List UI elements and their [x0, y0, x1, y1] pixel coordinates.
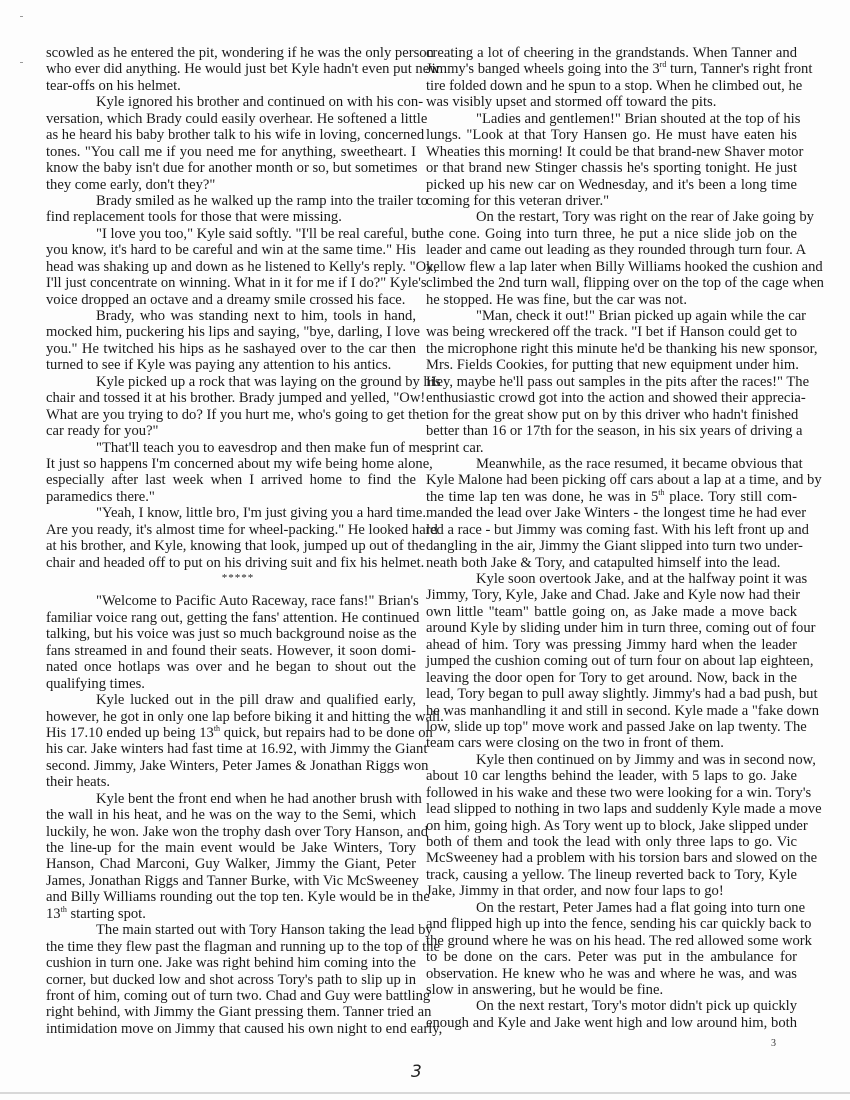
text-line: Jimmy, Tory, Kyle, Jake and Chad. Jake a…: [426, 587, 797, 603]
scan-edge-line: [0, 1092, 850, 1094]
text-line: lead, Tory began to pull away slightly. …: [426, 686, 797, 702]
paragraph: creating a lot of cheering in the grands…: [426, 45, 797, 111]
text-line: who ever did anything. He would just bet…: [46, 61, 416, 77]
text-line: turned to see if Kyle was paying any att…: [46, 357, 416, 373]
paragraph: Kyle ignored his brother and continued o…: [46, 94, 416, 193]
text-line: Kyle then continued on by Jimmy and was …: [426, 752, 797, 768]
text-line: Wheaties this morning! It could be that …: [426, 144, 797, 160]
paragraph: "Ladies and gentlemen!" Brian shouted at…: [426, 111, 797, 210]
paragraph: On the next restart, Tory's motor didn't…: [426, 998, 797, 1031]
text-line: on him, going high. As Tory went up to b…: [426, 818, 797, 834]
text-line: better than 16 or 17th for the season, i…: [426, 423, 797, 439]
text-line: slow in answering, but he would be fine.: [426, 982, 797, 998]
corner-page-mark: 3: [771, 1038, 776, 1049]
paragraph: "Yeah, I know, little bro, I'm just givi…: [46, 505, 416, 571]
text-line: chair and headed off to put on his drivi…: [46, 555, 416, 571]
text-line: Kyle picked up a rock that was laying on…: [46, 374, 416, 390]
text-line: tire folded down and he spun to a stop. …: [426, 78, 797, 94]
text-line: nated once hotlaps was over and he began…: [46, 659, 416, 675]
text-line: Are you ready, it's almost time for whee…: [46, 522, 416, 538]
text-line: yellow flew a lap later when Billy Willi…: [426, 259, 797, 275]
text-line: Jake, Jimmy in that order, and now four …: [426, 883, 797, 899]
text-line: Hanson, Chad Marconi, Guy Walker, Jimmy …: [46, 856, 416, 872]
text-line: however, he got in only one lap before b…: [46, 709, 416, 725]
text-line: Mrs. Fields Cookies, for putting that ne…: [426, 357, 797, 373]
text-line: Kyle bent the front end when he had anot…: [46, 791, 416, 807]
document-page: scowled as he entered the pit, wondering…: [0, 0, 850, 1100]
text-line: "Man, check it out!" Brian picked up aga…: [426, 308, 797, 324]
text-line: leaving the door open for Tory to get ar…: [426, 670, 797, 686]
paragraph: Brady smiled as he walked up the ramp in…: [46, 193, 416, 226]
text-line: find replacement tools for those that we…: [46, 209, 416, 225]
text-line: Meanwhile, as the race resumed, it becam…: [426, 456, 797, 472]
text-line: the cone. Going into turn three, he put …: [426, 226, 797, 242]
text-line: lungs. "Look at that Tory Hansen go. He …: [426, 127, 797, 143]
text-line: led a race - but Jimmy was coming fast. …: [426, 522, 797, 538]
text-line: coming for this veteran driver.": [426, 193, 797, 209]
text-line: fans streamed in and found their seats. …: [46, 643, 416, 659]
page-number: 3: [411, 1062, 422, 1082]
text-line: head was shaking up and down as he liste…: [46, 259, 416, 275]
text-line: "Ladies and gentlemen!" Brian shouted at…: [426, 111, 797, 127]
text-line: especially after last week when I arrive…: [46, 472, 416, 488]
scan-speck: [20, 62, 23, 63]
scan-speck: [20, 16, 23, 17]
paragraph: "That'll teach you to eavesdrop and then…: [46, 440, 416, 506]
text-line: luckily, he won. Jake won the trophy das…: [46, 824, 416, 840]
text-line: "Yeah, I know, little bro, I'm just givi…: [46, 505, 416, 521]
paragraph: "Man, check it out!" Brian picked up aga…: [426, 308, 797, 456]
text-line: The main started out with Tory Hanson ta…: [46, 922, 416, 938]
text-line: to be done on the cars. Peter was put in…: [426, 949, 797, 965]
text-line: ahead of him. Tory was pressing Jimmy ha…: [426, 637, 797, 653]
text-line: voice dropped an octave and a dreamy smi…: [46, 292, 416, 308]
text-line: corner, but ducked low and shot across T…: [46, 972, 416, 988]
text-line: leader and came out leading as they roun…: [426, 242, 797, 258]
text-line: second. Jimmy, Jake Winters, Peter James…: [46, 758, 416, 774]
text-line: On the restart, Tory was right on the re…: [426, 209, 797, 225]
text-line: their heats.: [46, 774, 416, 790]
text-line: What are you trying to do? If you hurt m…: [46, 407, 416, 423]
text-line: intimidation move on Jimmy that caused h…: [46, 1021, 416, 1037]
text-line: right behind, with Jimmy the Giant press…: [46, 1004, 416, 1020]
text-line: the time they flew past the flagman and …: [46, 939, 416, 955]
text-line: neath both Jake & Tory, and catapulted h…: [426, 555, 797, 571]
text-line: he was manhandling it and still in secon…: [426, 703, 797, 719]
text-line: enough and Kyle and Jake went high and l…: [426, 1015, 797, 1031]
paragraph: "I love you too," Kyle said softly. "I'l…: [46, 226, 416, 308]
paragraph: Kyle picked up a rock that was laying on…: [46, 374, 416, 440]
paragraph: On the restart, Tory was right on the re…: [426, 209, 797, 308]
text-line: climbed the 2nd turn wall, flipping over…: [426, 275, 797, 291]
text-line: observation. He knew who he was and wher…: [426, 966, 797, 982]
paragraph: Kyle then continued on by Jimmy and was …: [426, 752, 797, 900]
text-line: the microphone right this minute he'd be…: [426, 341, 797, 357]
text-line: team cars were closing on the two in fro…: [426, 735, 797, 751]
text-line: they come early, don't they?": [46, 177, 416, 193]
text-line: familiar voice rang out, getting the fan…: [46, 610, 416, 626]
paragraph: "Welcome to Pacific Auto Raceway, race f…: [46, 593, 416, 692]
paragraph: scowled as he entered the pit, wondering…: [46, 45, 416, 94]
text-line: lead slipped to nothing in two laps and …: [426, 801, 797, 817]
text-line: cushion in turn one. Jake was right behi…: [46, 955, 416, 971]
paragraph: Brady, who was standing next to him, too…: [46, 308, 416, 374]
text-line: was being wreckered off the track. "I be…: [426, 324, 797, 340]
text-line: the line-up for the main event would be …: [46, 840, 416, 856]
text-line: It just so happens I'm concerned about m…: [46, 456, 416, 472]
text-line: sprint car.: [426, 440, 797, 456]
text-line: know the baby isn't due for another mont…: [46, 160, 416, 176]
paragraph: Meanwhile, as the race resumed, it becam…: [426, 456, 797, 571]
text-line: tones. "You call me if you need me for a…: [46, 144, 416, 160]
text-line: the time lap ten was done, he was in 5th…: [426, 489, 797, 505]
text-line: scowled as he entered the pit, wondering…: [46, 45, 416, 61]
text-line: track, causing a yellow. The lineup reve…: [426, 867, 797, 883]
text-line: 13th starting spot.: [46, 906, 416, 922]
text-line: "Welcome to Pacific Auto Raceway, race f…: [46, 593, 416, 609]
text-line: you know, it's hard to be careful and wi…: [46, 242, 416, 258]
text-line: the wall in his heat, and he was on the …: [46, 807, 416, 823]
text-line: enthusiastic crowd got into the action a…: [426, 390, 797, 406]
text-line: the ground where he was on his head. The…: [426, 933, 797, 949]
right-text-column: creating a lot of cheering in the grands…: [426, 45, 797, 1031]
paragraph: Kyle soon overtook Jake, and at the half…: [426, 571, 797, 752]
text-line: jumped the cushion coming out of turn fo…: [426, 653, 797, 669]
text-line: tion for the great show put on by this d…: [426, 407, 797, 423]
text-line: Jimmy's banged wheels going into the 3rd…: [426, 61, 797, 77]
text-line: own little "team" battle going on, as Ja…: [426, 604, 797, 620]
section-separator: *****: [46, 571, 416, 587]
text-line: creating a lot of cheering in the grands…: [426, 45, 797, 61]
text-line: you." He twitched his hips as he sashaye…: [46, 341, 416, 357]
text-line: and flipped high up into the fence, send…: [426, 916, 797, 932]
text-line: his car. Jake winters had fast time at 1…: [46, 741, 416, 757]
text-line: James, Jonathan Riggs and Tanner Burke, …: [46, 873, 416, 889]
text-line: and Billy Williams rounding out the top …: [46, 889, 416, 905]
text-line: qualifying times.: [46, 676, 416, 692]
text-line: Brady, who was standing next to him, too…: [46, 308, 416, 324]
text-line: he stopped. He was fine, but the car was…: [426, 292, 797, 308]
text-line: mocked him, puckering his lips and sayin…: [46, 324, 416, 340]
text-line: versation, which Brady could easily over…: [46, 111, 416, 127]
text-line: manded the lead over Jake Winters - the …: [426, 505, 797, 521]
text-line: low, slide up top" move work and passed …: [426, 719, 797, 735]
paragraph: On the restart, Peter James had a flat g…: [426, 900, 797, 999]
text-line: at his brother, and Kyle, knowing that l…: [46, 538, 416, 554]
text-line: picked up his new car on Wednesday, and …: [426, 177, 797, 193]
text-line: as he heard his baby brother talk to his…: [46, 127, 416, 143]
text-line: front of him, coming out of turn two. Ch…: [46, 988, 416, 1004]
text-line: tear-offs on his helmet.: [46, 78, 416, 94]
text-line: car ready for you?": [46, 423, 416, 439]
text-line: "I love you too," Kyle said softly. "I'l…: [46, 226, 416, 242]
text-line: Kyle Malone had been picking off cars ab…: [426, 472, 797, 488]
text-line: I'll just concentrate on winning. What i…: [46, 275, 416, 291]
text-line: around Kyle by sliding under him in turn…: [426, 620, 797, 636]
text-line: was visibly upset and stormed off toward…: [426, 94, 797, 110]
text-line: about 10 car lengths behind the leader, …: [426, 768, 797, 784]
paragraph: Kyle bent the front end when he had anot…: [46, 791, 416, 923]
text-line: chair and tossed it at his brother. Brad…: [46, 390, 416, 406]
text-line: or that brand new Stinger chassis he's s…: [426, 160, 797, 176]
text-line: Kyle ignored his brother and continued o…: [46, 94, 416, 110]
left-text-column: scowled as he entered the pit, wondering…: [46, 45, 416, 1037]
text-line: Hey, maybe he'll pass out samples in the…: [426, 374, 797, 390]
text-line: His 17.10 ended up being 13th quick, but…: [46, 725, 416, 741]
paragraph: Kyle lucked out in the pill draw and qua…: [46, 692, 416, 791]
text-line: "That'll teach you to eavesdrop and then…: [46, 440, 416, 456]
text-line: paramedics there.": [46, 489, 416, 505]
text-line: followed in his wake and these two were …: [426, 785, 797, 801]
text-line: On the next restart, Tory's motor didn't…: [426, 998, 797, 1014]
paragraph: The main started out with Tory Hanson ta…: [46, 922, 416, 1037]
text-line: both of them and took the lead with only…: [426, 834, 797, 850]
text-line: On the restart, Peter James had a flat g…: [426, 900, 797, 916]
text-line: dangling in the air, Jimmy the Giant sli…: [426, 538, 797, 554]
text-line: talking, but his voice was just so much …: [46, 626, 416, 642]
text-line: Kyle soon overtook Jake, and at the half…: [426, 571, 797, 587]
text-line: McSweeney had a problem with his torsion…: [426, 850, 797, 866]
text-line: Kyle lucked out in the pill draw and qua…: [46, 692, 416, 708]
text-line: Brady smiled as he walked up the ramp in…: [46, 193, 416, 209]
